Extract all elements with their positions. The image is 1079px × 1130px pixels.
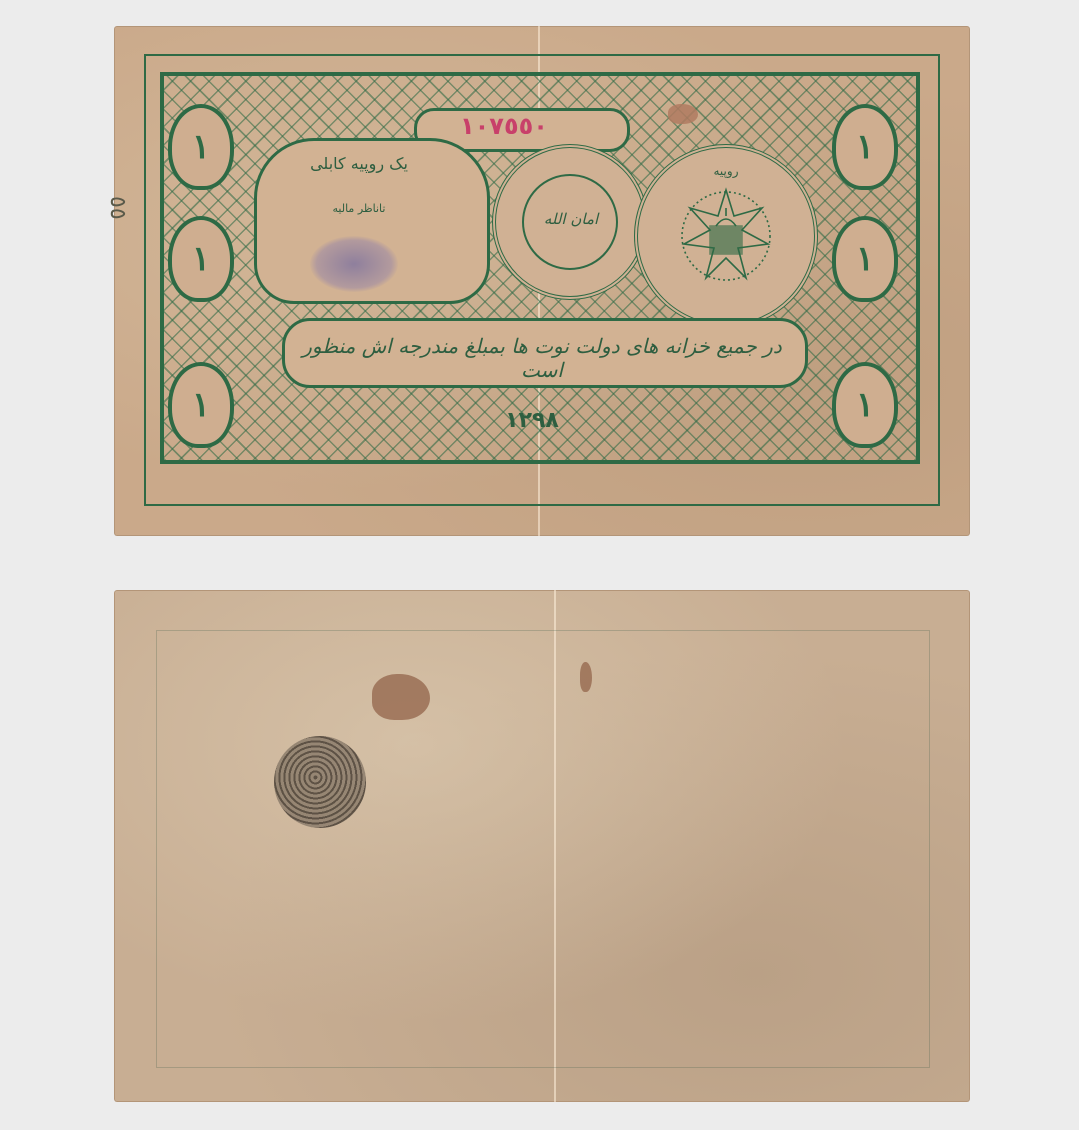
tughra-monogram: امان الله bbox=[526, 210, 616, 228]
seal-stamp bbox=[274, 736, 366, 828]
paper-stain bbox=[668, 104, 698, 124]
faint-frame bbox=[156, 630, 930, 1068]
paper-stain-small bbox=[580, 662, 592, 692]
emblem-medallion: روپیه bbox=[634, 144, 818, 328]
denomination-mid-left: ١ bbox=[168, 216, 234, 302]
denomination-top-left: ١ bbox=[168, 104, 234, 190]
issue-date: ١٢٩٨ bbox=[472, 408, 592, 433]
paper-stain-large bbox=[372, 674, 430, 720]
banknote-back bbox=[114, 590, 970, 1102]
emblem-label: روپیه bbox=[698, 164, 754, 178]
mosque-emblem-icon bbox=[676, 186, 776, 286]
denomination-mid-right: ١ bbox=[832, 216, 898, 302]
denomination-bottom-left: ١ bbox=[168, 362, 234, 448]
banknote-front: ١ ١ ١ ١ ١ ١ ١٠٧٥٥٠ یک روپیه کابلی تاناظر… bbox=[114, 26, 970, 536]
cartouche-line-1: یک روپیه کابلی bbox=[289, 154, 429, 173]
tughra-medallion: امان الله bbox=[492, 144, 648, 300]
serial-number: ١٠٧٥٥٠ bbox=[460, 112, 548, 140]
purple-ink-stamp bbox=[310, 236, 398, 292]
denomination-top-right: ١ bbox=[832, 104, 898, 190]
margin-mark: ٥٥ bbox=[114, 196, 130, 220]
cartouche-line-2: تاناظر مالیه bbox=[289, 202, 429, 215]
denomination-bottom-right: ١ bbox=[832, 362, 898, 448]
main-inscription: در جمیع خزانه های دولت نوت ها بمبلغ مندر… bbox=[292, 334, 792, 382]
